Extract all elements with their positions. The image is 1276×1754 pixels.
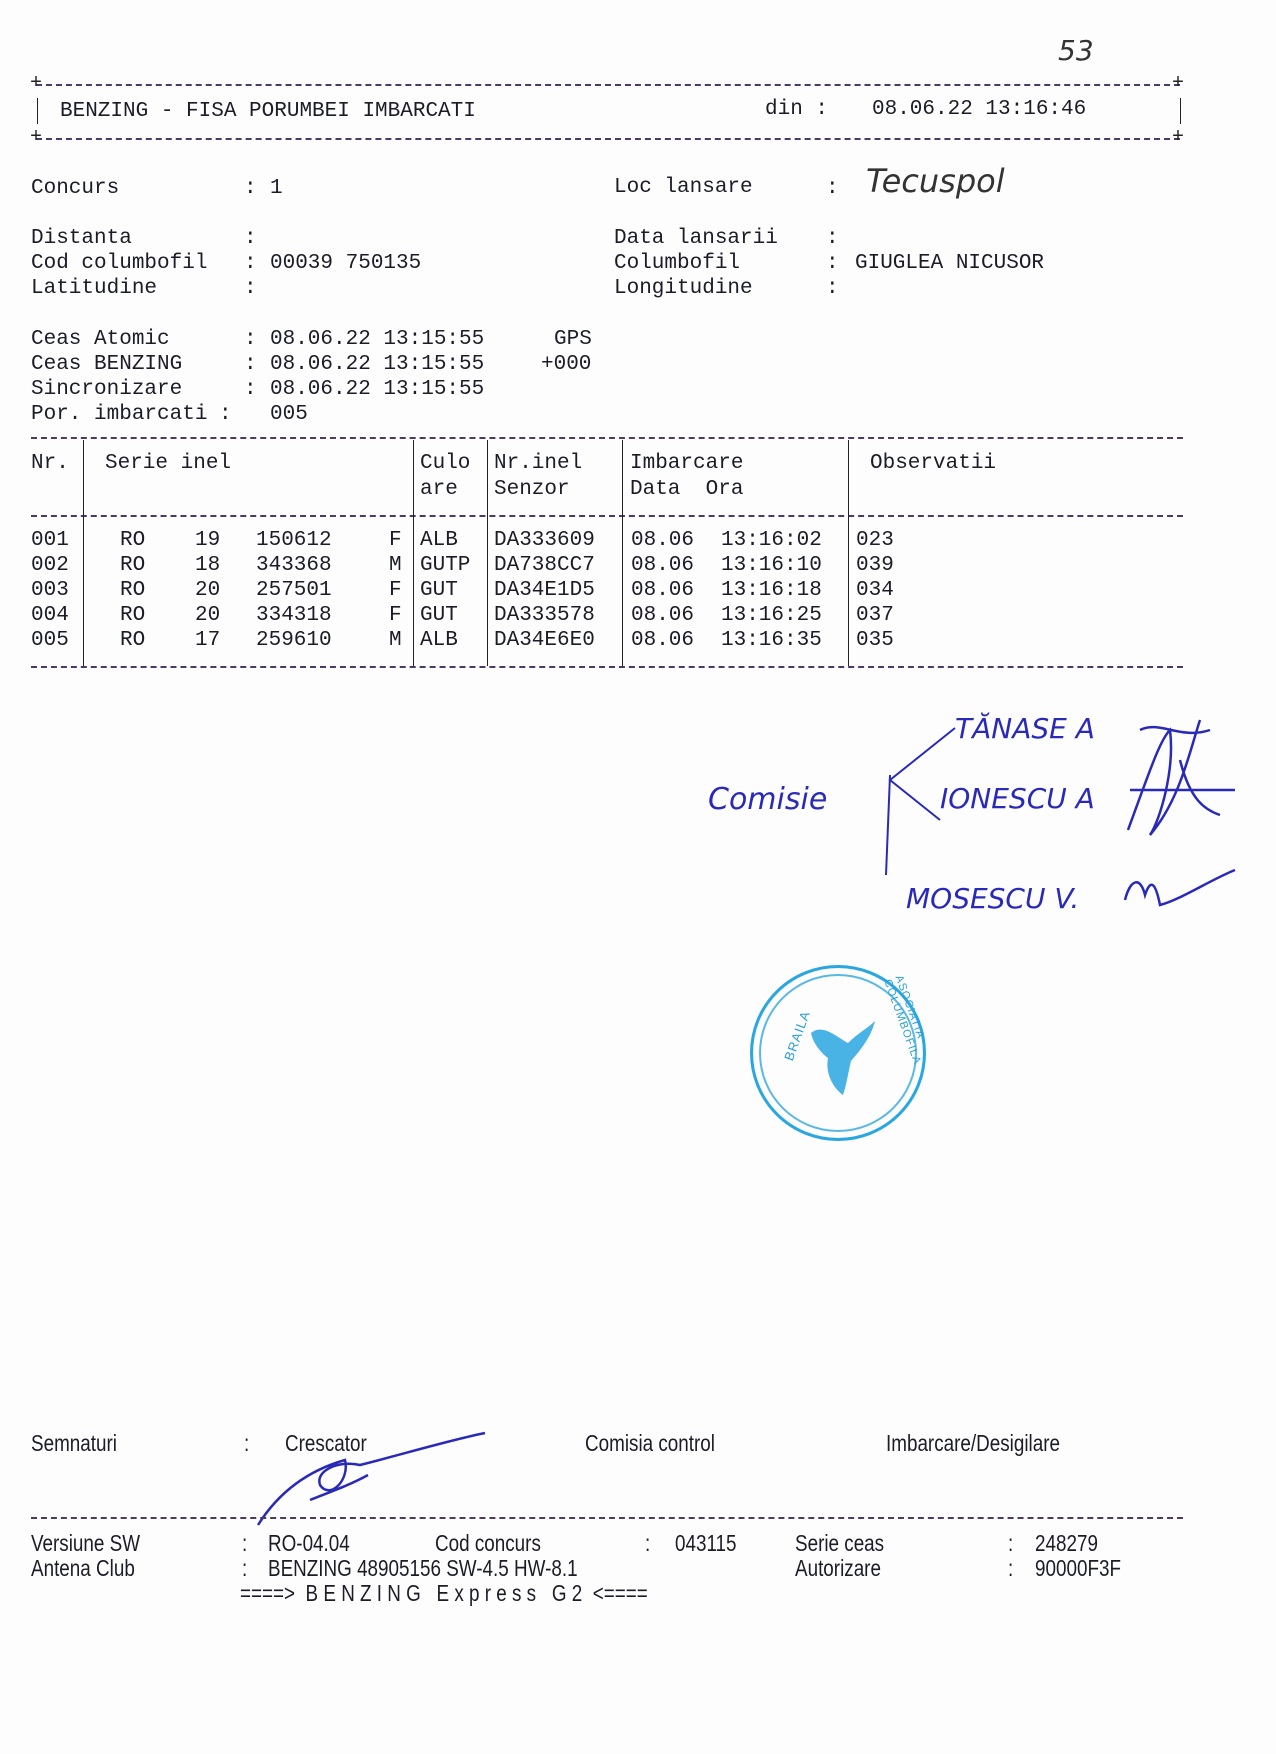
cell-sex: M [389, 628, 402, 653]
latitudine-label: Latitudine [31, 276, 157, 301]
pigeon-icon [803, 1013, 883, 1103]
concurs-label: Concurs [31, 176, 119, 201]
header-culoare-1: Culo [420, 451, 470, 476]
header-bottom-border [36, 138, 1180, 140]
por-imbarcati-label: Por. imbarcati [31, 402, 207, 427]
sincronizare-value: 08.06.22 13:15:55 [270, 377, 484, 402]
colon: : [1008, 1531, 1013, 1556]
cell-culoare: ALB [420, 528, 458, 553]
header-top-border [36, 84, 1180, 86]
autorizare-label: Autorizare [795, 1556, 881, 1581]
ceas-atomic-label: Ceas Atomic [31, 327, 170, 352]
columbofil-label: Columbofil [614, 251, 740, 276]
cell-inel: 150612 [256, 528, 332, 553]
col-divider [487, 440, 488, 666]
benzing-express-banner: ====> B E N Z I N G E x p r e s s G 2 <=… [240, 1581, 648, 1606]
colon: : [219, 402, 232, 427]
semnaturi-label: Semnaturi [31, 1431, 117, 1456]
header-serie-inel: Serie inel [105, 451, 231, 476]
por-imbarcati-value: 005 [270, 402, 308, 427]
cell-senzor: DA333578 [494, 603, 595, 628]
cell-ora: 13:16:35 [721, 628, 822, 653]
colon: : [242, 1531, 247, 1556]
cell-nr: 003 [31, 578, 69, 603]
commission-member-2: IONESCU A [940, 782, 1095, 815]
cell-sex: F [389, 603, 402, 628]
colon: : [826, 276, 839, 301]
loc-lansare-label: Loc lansare [614, 175, 753, 200]
commission-member-3: MOSESCU V. [906, 882, 1079, 915]
comisie-handwritten: Comisie [708, 782, 827, 817]
cell-tara: RO [120, 603, 145, 628]
header-nr-inel-1: Nr.inel [494, 451, 582, 476]
colon: : [244, 226, 257, 251]
cod-columbofil-label: Cod columbofil [31, 251, 207, 276]
corner-plus: + [1172, 128, 1184, 148]
antena-label: Antena Club [31, 1556, 135, 1581]
colon: : [826, 176, 839, 201]
footer-divider [31, 1517, 1183, 1519]
ceas-benzing-label: Ceas BENZING [31, 352, 182, 377]
cell-culoare: GUT [420, 603, 458, 628]
cell-nr: 002 [31, 553, 69, 578]
cod-columbofil-value: 00039 750135 [270, 251, 421, 276]
colon: : [242, 1556, 247, 1581]
cell-culoare: GUTP [420, 553, 470, 578]
imbarcare-desigilare-label: Imbarcare/Desigilare [886, 1431, 1060, 1456]
distanta-label: Distanta [31, 226, 132, 251]
colon: : [826, 251, 839, 276]
cell-culoare: ALB [420, 628, 458, 653]
cell-senzor: DA34E6E0 [494, 628, 595, 653]
cell-inel: 343368 [256, 553, 332, 578]
cell-tara: RO [120, 528, 145, 553]
ceas-atomic-value: 08.06.22 13:15:55 [270, 327, 484, 352]
commission-member-1: TĂNASE A [955, 712, 1095, 745]
cell-ora: 13:16:10 [721, 553, 822, 578]
cell-an: 20 [195, 603, 220, 628]
cell-tara: RO [120, 628, 145, 653]
serie-ceas-label: Serie ceas [795, 1531, 884, 1556]
cell-inel: 259610 [256, 628, 332, 653]
cell-senzor: DA333609 [494, 528, 595, 553]
colon: : [1008, 1556, 1013, 1581]
cell-observatii: 037 [856, 603, 894, 628]
cell-tara: RO [120, 578, 145, 603]
col-divider [413, 440, 414, 666]
colon: : [244, 377, 257, 402]
cell-sex: M [389, 553, 402, 578]
corner-plus: + [30, 128, 42, 148]
cell-inel: 257501 [256, 578, 332, 603]
header-observatii: Observatii [870, 451, 996, 476]
cell-nr: 001 [31, 528, 69, 553]
ceas-benzing-value: 08.06.22 13:15:55 [270, 352, 484, 377]
header-imbarcare-1: Imbarcare [630, 451, 743, 476]
ceas-atomic-suffix: GPS [554, 327, 592, 352]
cell-ora: 13:16:25 [721, 603, 822, 628]
cell-senzor: DA738CC7 [494, 553, 595, 578]
col-divider [622, 440, 623, 666]
loc-lansare-value: Tecuspol [866, 162, 1005, 200]
header-imbarcare-2: Data Ora [630, 477, 743, 502]
cell-data: 08.06 [631, 578, 694, 603]
col-divider [83, 440, 84, 666]
serie-ceas-value: 248279 [1035, 1531, 1098, 1556]
colon: : [244, 251, 257, 276]
cell-nr: 004 [31, 603, 69, 628]
cell-inel: 334318 [256, 603, 332, 628]
cod-concurs-label: Cod concurs [435, 1531, 541, 1556]
cell-ora: 13:16:18 [721, 578, 822, 603]
ceas-benzing-suffix: +000 [541, 352, 591, 377]
document-title: BENZING - FISA PORUMBEI IMBARCATI [60, 99, 476, 124]
table-bottom-border [31, 666, 1183, 668]
longitudine-label: Longitudine [614, 276, 753, 301]
cell-sex: F [389, 528, 402, 553]
colon: : [244, 352, 257, 377]
colon: : [244, 1431, 249, 1456]
cell-nr: 005 [31, 628, 69, 653]
cell-observatii: 034 [856, 578, 894, 603]
antena-value: BENZING 48905156 SW-4.5 HW-8.1 [268, 1556, 578, 1581]
club-stamp: BRAILA ASOCIATIA COLUMBOFILA [750, 965, 926, 1141]
crescator-signature [250, 1430, 490, 1530]
colon: : [645, 1531, 650, 1556]
cell-an: 19 [195, 528, 220, 553]
cell-an: 17 [195, 628, 220, 653]
signature-scribble [1120, 710, 1240, 850]
cell-observatii: 035 [856, 628, 894, 653]
header-nr: Nr. [31, 451, 69, 476]
sincronizare-label: Sincronizare [31, 377, 182, 402]
cell-tara: RO [120, 553, 145, 578]
colon: : [244, 176, 257, 201]
autorizare-value: 90000F3F [1035, 1556, 1121, 1581]
col-divider [848, 440, 849, 666]
corner-plus: + [1172, 74, 1184, 94]
cell-an: 20 [195, 578, 220, 603]
cell-an: 18 [195, 553, 220, 578]
page-number: 53 [1058, 34, 1094, 67]
comisia-control-label: Comisia control [585, 1431, 715, 1456]
table-top-border [31, 437, 1183, 439]
header-right-bar [1180, 98, 1181, 124]
corner-plus: + [30, 74, 42, 94]
header-nr-inel-2: Senzor [494, 477, 570, 502]
table-header-divider [31, 515, 1183, 517]
header-culoare-2: are [420, 477, 458, 502]
stamp-text-right: ASOCIATIA COLUMBOFILA [881, 974, 934, 1067]
colon: : [826, 226, 839, 251]
cell-data: 08.06 [631, 628, 694, 653]
cell-ora: 13:16:02 [721, 528, 822, 553]
data-lansarii-label: Data lansarii [614, 226, 778, 251]
cell-data: 08.06 [631, 528, 694, 553]
cod-concurs-value: 043115 [675, 1531, 737, 1556]
colon: : [244, 327, 257, 352]
cell-observatii: 023 [856, 528, 894, 553]
cell-senzor: DA34E1D5 [494, 578, 595, 603]
cell-observatii: 039 [856, 553, 894, 578]
concurs-value: 1 [270, 176, 283, 201]
header-left-bar [37, 98, 38, 124]
columbofil-value: GIUGLEA NICUSOR [855, 251, 1044, 276]
signature-scribble [1120, 860, 1240, 920]
cell-data: 08.06 [631, 553, 694, 578]
din-value: 08.06.22 13:16:46 [872, 97, 1086, 122]
colon: : [244, 276, 257, 301]
versiune-label: Versiune SW [31, 1531, 140, 1556]
din-label: din : [765, 97, 828, 122]
cell-data: 08.06 [631, 603, 694, 628]
versiune-value: RO-04.04 [268, 1531, 350, 1556]
cell-sex: F [389, 578, 402, 603]
cell-culoare: GUT [420, 578, 458, 603]
